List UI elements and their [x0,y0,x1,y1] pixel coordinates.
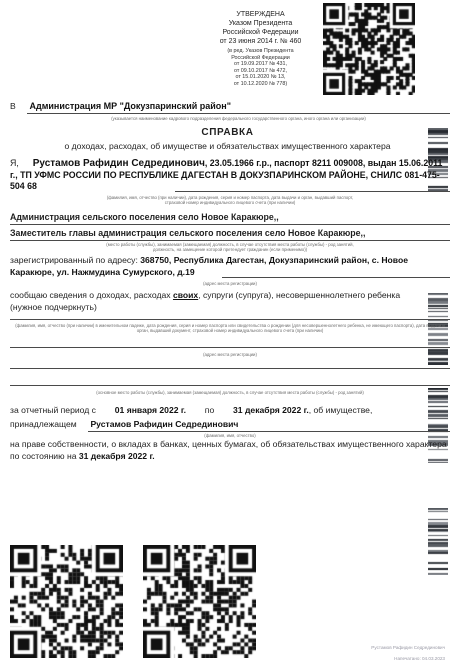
addressee-line: В Администрация МР "Докузпаринский район… [10,101,450,113]
amendment-line: от 19.09.2017 № 431, [198,61,323,68]
address-paragraph: зарегистрированный по адресу: 368750, Ре… [10,255,450,278]
address-prefix: зарегистрированный по адресу: [10,255,138,265]
report-period-paragraph: за отчетный период с 01 января 2022 г. п… [10,404,452,431]
document-subtitle: о доходах, расходах, об имуществе и обяз… [0,141,455,151]
declarant-paragraph: Я, Рустамов Рафидин Седрединович, 23.05.… [10,158,452,193]
addressee-caption: (указывается наименование кадрового подр… [27,116,450,121]
workplace-value: Администрация сельского поселения село Н… [10,212,450,222]
family-address-caption: (адрес места регистрации) [10,352,450,357]
family-name-field-line [10,319,450,320]
position-caption: (место работы (службы), занимаемая (заме… [10,242,450,253]
approval-line: УТВЕРЖДЕНА [198,10,323,19]
addressee-prefix: В [10,101,16,111]
side-barcode-icon [428,508,448,575]
caption-line: страховой номер индивидуального лицевого… [10,200,450,205]
workplace-underline [10,224,450,225]
ownership-paragraph: на праве собственности, о вкладах в банк… [10,438,452,462]
family-work-field-line [10,385,450,386]
addressee-value: Администрация МР "Докузпаринский район" [30,101,231,111]
declarant-name: Рустамов Рафидин Седрединович [33,158,205,169]
owner-name: Рустамов Рафидин Седрединович [90,419,238,429]
family-address-field-line [10,347,450,348]
qr-code-bottom-left-2-icon [143,545,256,658]
declarant-underline [175,191,450,192]
amendment-line: Российской Федерации [198,55,323,62]
address-caption: (адрес места регистрации) [10,281,450,286]
caption-line: должность, на замещение которой претенду… [10,247,450,252]
declarant-caption: (фамилия, имя, отчество (при наличии), д… [10,195,450,206]
document-page: УТВЕРЖДЕНА Указом Президента Российской … [0,0,455,663]
qr-code-top-right-icon [323,3,415,95]
qr-code-bottom-left-1-icon [10,545,123,658]
period-text2: по [205,405,214,415]
amendment-line: (в ред. Указов Президента [198,48,323,55]
statement-after: , супруги (супруга), несовершеннолетнего… [198,290,400,300]
period-date-from: 01 января 2022 г. [115,405,186,415]
position-underline [10,240,450,241]
owner-underline [88,431,450,432]
statement-paragraph: сообщаю сведения о доходах, расходах сво… [10,290,450,313]
family-work-caption: (основное место работы (службы), занимае… [10,390,450,395]
approval-line: Российской Федерации [198,28,323,37]
amendment-line: от 10.12.2020 № 778) [198,81,323,88]
document-title: СПРАВКА [0,127,455,138]
approval-block: УТВЕРЖДЕНА Указом Президента Российской … [198,10,323,88]
empty-field-line [10,368,450,369]
family-name-caption: (фамилия, имя, отчество (при наличии) в … [10,323,450,334]
statement-before: сообщаю сведения о доходах, расходах [10,290,171,300]
position-value: Заместитель главы администрация сельског… [10,228,450,238]
approval-line: от 23 июня 2014 г. № 460 [198,37,323,46]
address-underline [222,277,450,278]
period-text4: принадлежащем [10,419,77,429]
footer-block: Рустамов Рафидин Седрединович Напечатано… [265,645,445,661]
period-date-to: 31 декабря 2022 г. [233,405,309,415]
period-text1: за отчетный период с [10,405,96,415]
period-text3: , об имуществе, [309,405,373,415]
footer-name: Рустамов Рафидин Седрединович [265,645,445,651]
amendment-line: от 15.01.2020 № 13, [198,74,323,81]
approval-line: Указом Президента [198,19,323,28]
declarant-prefix: Я, [10,158,19,168]
approval-amendments: (в ред. Указов Президента Российской Фед… [198,48,323,88]
footer-printed-line: Напечатано: 04.03.2023 [265,656,445,662]
addressee-underline [27,113,450,114]
statement-line2: (нужное подчеркнуть) [10,302,97,312]
period-text5: на праве собственности, о вкладах в банк… [10,439,447,461]
amendment-line: от 09.10.2017 № 472, [198,68,323,75]
as-of-date: 31 декабря 2022 г. [79,451,155,461]
statement-underlined-word: своих [173,290,198,300]
